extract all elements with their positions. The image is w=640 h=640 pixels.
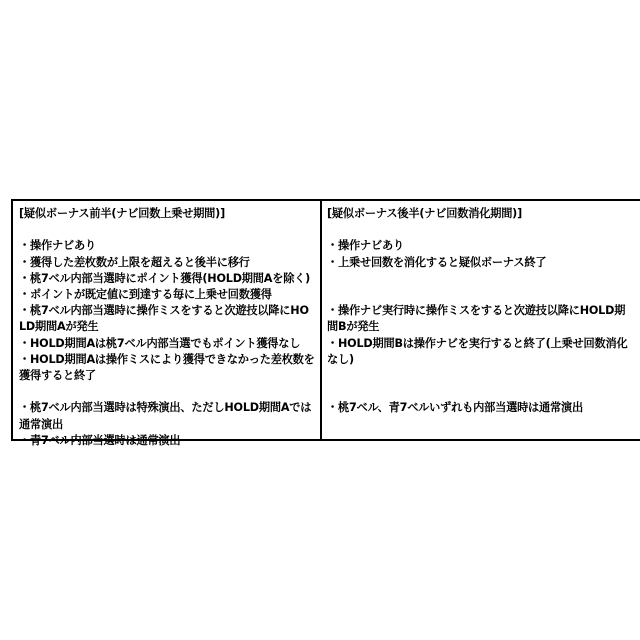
list-item: ・桃7ベル内部当選時は特殊演出、ただしHOLD期間Aでは通常演出 [19,400,315,432]
list-item: ・上乗せ回数を消化すると疑似ボーナス終了 [327,255,635,271]
list-item: ・HOLD期間Bは操作ナビを実行すると終了(上乗せ回数消化なし) [327,336,635,368]
list-item: ・操作ナビあり [327,238,635,254]
bonus-comparison-table: [疑似ボーナス前半(ナビ回数上乗せ期間)] ・操作ナビあり ・獲得した差枚数が上… [11,199,640,441]
list-item: ・操作ナビ実行時に操作ミスをすると次遊技以降にHOLD期間Bが発生 [327,303,635,335]
spacer [327,287,635,303]
second-half-column: [疑似ボーナス後半(ナビ回数消化期間)] ・操作ナビあり ・上乗せ回数を消化する… [322,201,640,439]
list-item: ・ポイントが既定値に到達する毎に上乗せ回数獲得 [19,287,315,303]
spacer [327,384,635,400]
list-item: ・HOLD期間Aは操作ミスにより獲得できなかった差枚数を獲得すると終了 [19,352,315,384]
list-item: ・桃7ベル内部当選時にポイント獲得(HOLD期間Aを除く) [19,271,315,287]
list-item: ・青7ベル内部当選時は通常演出 [19,433,315,449]
spacer [19,384,315,400]
spacer [327,368,635,384]
list-item: ・HOLD期間Aは桃7ベル内部当選でもポイント獲得なし [19,336,315,352]
list-item: ・操作ナビあり [19,238,315,254]
first-half-heading: [疑似ボーナス前半(ナビ回数上乗せ期間)] [19,206,315,222]
second-half-heading: [疑似ボーナス後半(ナビ回数消化期間)] [327,206,635,222]
list-item: ・桃7ベル内部当選時に操作ミスをすると次遊技以降にHOLD期間Aが発生 [19,303,315,335]
list-item: ・桃7ベル、青7ベルいずれも内部当選時は通常演出 [327,400,635,416]
spacer [327,222,635,238]
spacer [19,222,315,238]
spacer [327,271,635,287]
first-half-column: [疑似ボーナス前半(ナビ回数上乗せ期間)] ・操作ナビあり ・獲得した差枚数が上… [13,201,322,439]
list-item: ・獲得した差枚数が上限を超えると後半に移行 [19,255,315,271]
